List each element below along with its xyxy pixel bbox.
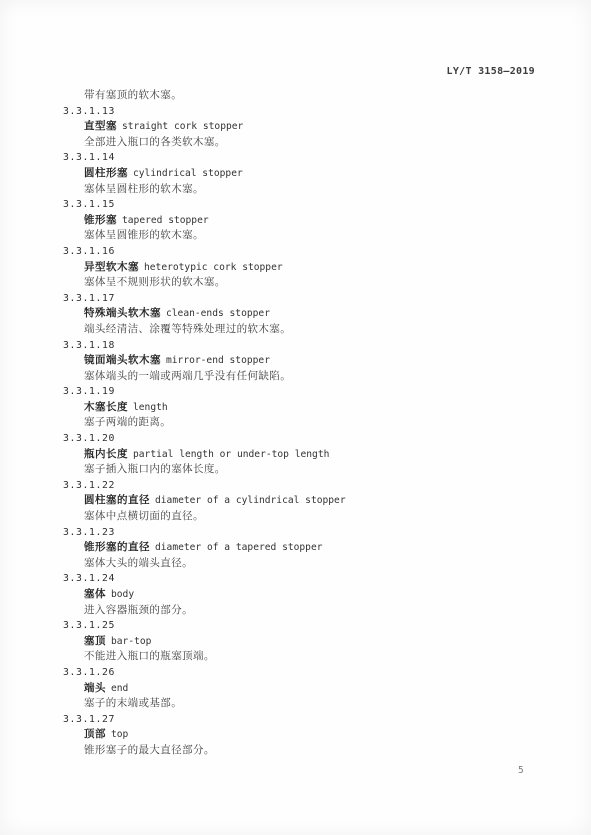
term-definition: 塞体呈圆锥形的软木塞。: [63, 228, 543, 244]
term-entry: 3.3.1.13 直型塞straight cork stopper 全部进入瓶口…: [63, 104, 543, 151]
term-entry: 3.3.1.26 端头end 塞子的末端或基部。: [63, 665, 543, 712]
term-chinese: 异型软木塞: [84, 261, 139, 273]
term-chinese: 锥形塞: [84, 214, 117, 226]
term-entry: 3.3.1.24 塞体body 进入容器瓶颈的部分。: [63, 571, 543, 618]
term-title: 木塞长度length: [63, 400, 543, 416]
term-definition: 锥形塞子的最大直径部分。: [63, 743, 543, 759]
term-definition: 塞子两端的距离。: [63, 415, 543, 431]
term-chinese: 直型塞: [84, 120, 117, 132]
term-title: 异型软木塞heterotypic cork stopper: [63, 260, 543, 276]
term-english: top: [111, 729, 128, 740]
term-chinese: 圆柱形塞: [84, 167, 128, 179]
term-english: tapered stopper: [122, 215, 209, 226]
term-title: 端头end: [63, 681, 543, 697]
term-number: 3.3.1.23: [63, 525, 543, 541]
term-number: 3.3.1.25: [63, 618, 543, 634]
term-number: 3.3.1.22: [63, 478, 543, 494]
term-chinese: 塞顶: [84, 635, 106, 647]
term-number: 3.3.1.15: [63, 197, 543, 213]
term-chinese: 锥形塞的直径: [84, 541, 150, 553]
term-chinese: 镜面端头软木塞: [84, 354, 161, 366]
term-definition: 塞体中点横切面的直径。: [63, 509, 543, 525]
term-definition: 不能进入瓶口的瓶塞顶端。: [63, 649, 543, 665]
term-number: 3.3.1.24: [63, 571, 543, 587]
term-entry: 3.3.1.25 塞顶bar-top 不能进入瓶口的瓶塞顶端。: [63, 618, 543, 665]
term-chinese: 瓶内长度: [84, 448, 128, 460]
term-definition: 端头经清洁、涂覆等特殊处理过的软木塞。: [63, 322, 543, 338]
term-number: 3.3.1.13: [63, 104, 543, 120]
term-english: clean-ends stopper: [166, 308, 270, 319]
term-number: 3.3.1.17: [63, 291, 543, 307]
term-definition: 塞子插入瓶口内的塞体长度。: [63, 462, 543, 478]
term-title: 塞体body: [63, 587, 543, 603]
term-chinese: 端头: [84, 682, 106, 694]
term-english: end: [111, 683, 128, 694]
term-entry: 3.3.1.22 圆柱塞的直径diameter of a cylindrical…: [63, 478, 543, 525]
term-title: 塞顶bar-top: [63, 634, 543, 650]
term-english: heterotypic cork stopper: [144, 262, 283, 273]
term-english: diameter of a tapered stopper: [155, 542, 323, 553]
continuation-text: 带有塞顶的软木塞。: [63, 88, 543, 104]
term-entry: 3.3.1.23 锥形塞的直径diameter of a tapered sto…: [63, 525, 543, 572]
term-english: bar-top: [111, 636, 151, 647]
term-definition: 塞体呈不规则形状的软木塞。: [63, 275, 543, 291]
term-title: 瓶内长度partial length or under-top length: [63, 447, 543, 463]
term-number: 3.3.1.14: [63, 150, 543, 166]
document-page: LY/T 3158—2019 带有塞顶的软木塞。 3.3.1.13 直型塞str…: [0, 0, 591, 835]
term-number: 3.3.1.27: [63, 712, 543, 728]
term-title: 特殊端头软木塞clean-ends stopper: [63, 306, 543, 322]
term-entry: 3.3.1.17 特殊端头软木塞clean-ends stopper 端头经清洁…: [63, 291, 543, 338]
term-entry: 3.3.1.27 顶部top 锥形塞子的最大直径部分。: [63, 712, 543, 759]
term-entry: 3.3.1.15 锥形塞tapered stopper 塞体呈圆锥形的软木塞。: [63, 197, 543, 244]
term-number: 3.3.1.16: [63, 244, 543, 260]
term-entry: 3.3.1.19 木塞长度length 塞子两端的距离。: [63, 384, 543, 431]
term-title: 直型塞straight cork stopper: [63, 119, 543, 135]
term-number: 3.3.1.20: [63, 431, 543, 447]
term-number: 3.3.1.19: [63, 384, 543, 400]
term-entry: 3.3.1.20 瓶内长度partial length or under-top…: [63, 431, 543, 478]
term-chinese: 顶部: [84, 728, 106, 740]
term-english: mirror-end stopper: [166, 355, 270, 366]
terms-content: 带有塞顶的软木塞。 3.3.1.13 直型塞straight cork stop…: [63, 88, 543, 759]
term-chinese: 木塞长度: [84, 401, 128, 413]
term-english: diameter of a cylindrical stopper: [155, 495, 346, 506]
term-definition: 进入容器瓶颈的部分。: [63, 603, 543, 619]
term-title: 锥形塞的直径diameter of a tapered stopper: [63, 540, 543, 556]
term-chinese: 特殊端头软木塞: [84, 307, 161, 319]
term-english: partial length or under-top length: [133, 449, 329, 460]
term-english: cylindrical stopper: [133, 168, 243, 179]
term-entry: 3.3.1.16 异型软木塞heterotypic cork stopper 塞…: [63, 244, 543, 291]
term-title: 圆柱形塞cylindrical stopper: [63, 166, 543, 182]
term-english: length: [133, 402, 168, 413]
standard-code: LY/T 3158—2019: [447, 66, 536, 77]
term-title: 顶部top: [63, 727, 543, 743]
terms-list: 3.3.1.13 直型塞straight cork stopper 全部进入瓶口…: [63, 104, 543, 759]
page-number: 5: [518, 765, 524, 776]
term-definition: 塞子的末端或基部。: [63, 696, 543, 712]
term-english: straight cork stopper: [122, 121, 243, 132]
term-chinese: 塞体: [84, 588, 106, 600]
term-title: 镜面端头软木塞mirror-end stopper: [63, 353, 543, 369]
term-chinese: 圆柱塞的直径: [84, 494, 150, 506]
term-definition: 塞体呈圆柱形的软木塞。: [63, 182, 543, 198]
term-english: body: [111, 589, 134, 600]
term-definition: 塞体端头的一端或两端几乎没有任何缺陷。: [63, 369, 543, 385]
term-definition: 全部进入瓶口的各类软木塞。: [63, 135, 543, 151]
term-title: 锥形塞tapered stopper: [63, 213, 543, 229]
term-title: 圆柱塞的直径diameter of a cylindrical stopper: [63, 493, 543, 509]
term-definition: 塞体大头的端头直径。: [63, 556, 543, 572]
term-number: 3.3.1.18: [63, 338, 543, 354]
term-entry: 3.3.1.18 镜面端头软木塞mirror-end stopper 塞体端头的…: [63, 338, 543, 385]
term-entry: 3.3.1.14 圆柱形塞cylindrical stopper 塞体呈圆柱形的…: [63, 150, 543, 197]
term-number: 3.3.1.26: [63, 665, 543, 681]
